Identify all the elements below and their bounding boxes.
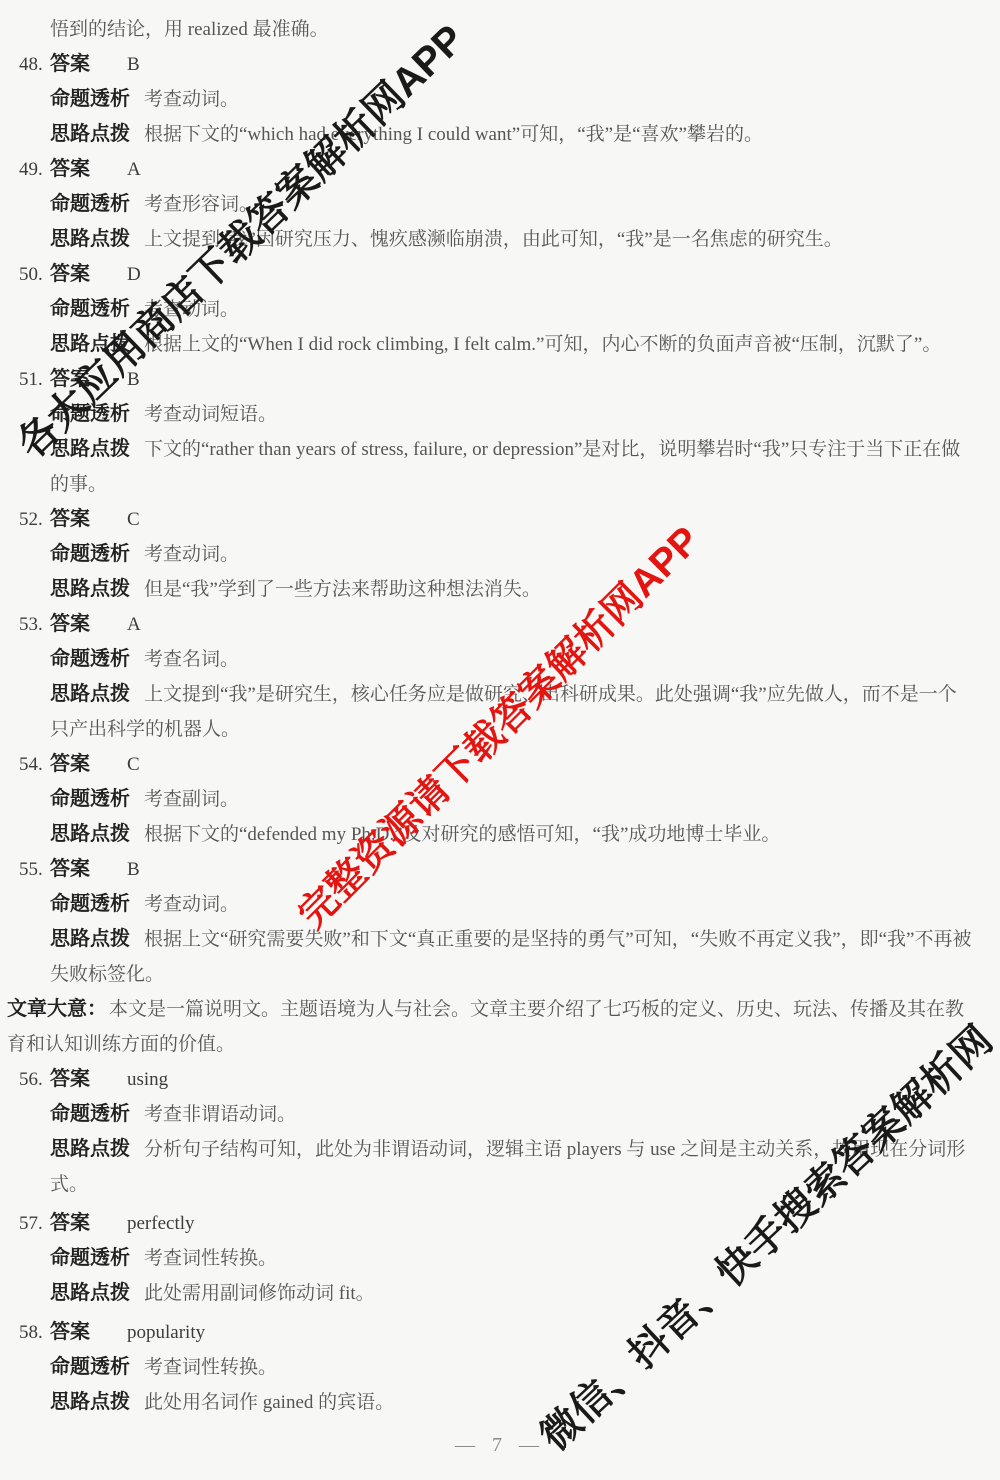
- question-number: 52.: [19, 502, 43, 537]
- question-number: 55.: [19, 852, 43, 887]
- analysis-line: 命题透析考查动词。: [50, 292, 972, 327]
- question-number: 53.: [19, 607, 43, 642]
- guidance-text: 根据上文的“When I did rock climbing, I felt c…: [144, 334, 941, 355]
- guidance-label: 思路点拨: [50, 578, 130, 600]
- guidance-text: 此处用名词作 gained 的宾语。: [144, 1392, 394, 1413]
- guidance-line: 思路点拨下文的“rather than years of stress, fai…: [50, 432, 972, 502]
- guidance-label: 思路点拨: [50, 333, 130, 355]
- guidance-label: 思路点拨: [50, 683, 130, 705]
- guidance-line: 思路点拨根据上文的“When I did rock climbing, I fe…: [50, 327, 972, 362]
- analysis-line: 命题透析考查词性转换。: [50, 1350, 972, 1385]
- analysis-label: 命题透析: [50, 1247, 130, 1269]
- question-block-50: 50.答案D 命题透析考查动词。 思路点拨根据上文的“When I did ro…: [0, 257, 1000, 362]
- answer-label: 答案: [50, 158, 90, 180]
- analysis-text: 考查动词。: [144, 544, 239, 565]
- answer-line: 56.答案using: [50, 1062, 972, 1097]
- analysis-label: 命题透析: [50, 193, 130, 215]
- question-block-58: 58.答案popularity 命题透析考查词性转换。 思路点拨此处用名词作 g…: [0, 1315, 1000, 1420]
- analysis-line: 命题透析考查动词。: [50, 82, 972, 117]
- answer-line: 48.答案B: [50, 47, 972, 82]
- analysis-label: 命题透析: [50, 893, 130, 915]
- question-block-55: 55.答案B 命题透析考查动词。 思路点拨根据上文“研究需要失败”和下文“真正重…: [0, 852, 1000, 992]
- guidance-line: 思路点拨分析句子结构可知，此处为非谓语动词，逻辑主语 players 与 use…: [50, 1132, 972, 1202]
- guidance-label: 思路点拨: [50, 1138, 130, 1160]
- question-number: 48.: [19, 47, 43, 82]
- analysis-text: 考查非谓语动词。: [144, 1104, 296, 1125]
- answer-label: 答案: [50, 368, 90, 390]
- analysis-label: 命题透析: [50, 403, 130, 425]
- analysis-text: 考查副词。: [144, 789, 239, 810]
- answer-explanations: 悟到的结论，用 realized 最准确。 48.答案B 命题透析考查动词。 思…: [0, 0, 1000, 1420]
- analysis-line: 命题透析考查动词短语。: [50, 397, 972, 432]
- question-number: 56.: [19, 1062, 43, 1097]
- question-block-56: 56.答案using 命题透析考查非谓语动词。 思路点拨分析句子结构可知，此处为…: [0, 1062, 1000, 1202]
- analysis-line: 命题透析考查形容词。: [50, 187, 972, 222]
- answer-label: 答案: [50, 1321, 90, 1343]
- analysis-text: 考查形容词。: [144, 194, 258, 215]
- answer-label: 答案: [50, 1068, 90, 1090]
- analysis-line: 命题透析考查名词。: [50, 642, 972, 677]
- answer-value: C: [127, 509, 140, 530]
- analysis-line: 命题透析考查动词。: [50, 887, 972, 922]
- answer-label: 答案: [50, 53, 90, 75]
- question-number: 51.: [19, 362, 43, 397]
- analysis-line: 命题透析考查非谓语动词。: [50, 1097, 972, 1132]
- guidance-line: 思路点拨但是“我”学到了一些方法来帮助这种想法消失。: [50, 572, 972, 607]
- guidance-line: 思路点拨此处用名词作 gained 的宾语。: [50, 1385, 972, 1420]
- answer-value: A: [127, 159, 141, 180]
- guidance-label: 思路点拨: [50, 823, 130, 845]
- answer-label: 答案: [50, 508, 90, 530]
- question-number: 58.: [19, 1315, 43, 1350]
- scanned-answer-sheet-page: 悟到的结论，用 realized 最准确。 48.答案B 命题透析考查动词。 思…: [0, 0, 1000, 1480]
- question-block-49: 49.答案A 命题透析考查形容词。 思路点拨上文提到“我”因研究压力、愧疚感濒临…: [0, 152, 1000, 257]
- passage-summary: 文章大意：本文是一篇说明文。主题语境为人与社会。文章主要介绍了七巧板的定义、历史…: [7, 992, 972, 1062]
- answer-value: D: [127, 264, 141, 285]
- guidance-text: 但是“我”学到了一些方法来帮助这种想法消失。: [144, 579, 541, 600]
- analysis-text: 考查动词。: [144, 89, 239, 110]
- guidance-line: 思路点拨此处需用副词修饰动词 fit。: [50, 1276, 972, 1311]
- analysis-label: 命题透析: [50, 788, 130, 810]
- analysis-text: 考查动词。: [144, 299, 239, 320]
- answer-label: 答案: [50, 1212, 90, 1234]
- intro-continuation-line: 悟到的结论，用 realized 最准确。: [50, 12, 972, 47]
- answer-line: 55.答案B: [50, 852, 972, 887]
- question-block-57: 57.答案perfectly 命题透析考查词性转换。 思路点拨此处需用副词修饰动…: [0, 1206, 1000, 1311]
- guidance-text: 下文的“rather than years of stress, failure…: [50, 439, 960, 495]
- guidance-label: 思路点拨: [50, 928, 130, 950]
- intro-text: 悟到的结论，用 realized 最准确。: [50, 19, 329, 40]
- answer-value: perfectly: [127, 1213, 195, 1234]
- answer-value: A: [127, 614, 141, 635]
- guidance-label: 思路点拨: [50, 228, 130, 250]
- question-block-48: 48.答案B 命题透析考查动词。 思路点拨根据下文的“which had eve…: [0, 47, 1000, 152]
- analysis-text: 考查名词。: [144, 649, 239, 670]
- analysis-text: 考查动词短语。: [144, 404, 277, 425]
- answer-line: 54.答案C: [50, 747, 972, 782]
- answer-line: 58.答案popularity: [50, 1315, 972, 1350]
- analysis-label: 命题透析: [50, 648, 130, 670]
- guidance-label: 思路点拨: [50, 123, 130, 145]
- analysis-line: 命题透析考查词性转换。: [50, 1241, 972, 1276]
- question-number: 50.: [19, 257, 43, 292]
- answer-line: 52.答案C: [50, 502, 972, 537]
- guidance-text: 根据下文的“which had everything I could want”…: [144, 124, 763, 145]
- answer-value: using: [127, 1069, 168, 1090]
- question-number: 54.: [19, 747, 43, 782]
- question-block-52: 52.答案C 命题透析考查动词。 思路点拨但是“我”学到了一些方法来帮助这种想法…: [0, 502, 1000, 607]
- guidance-line: 思路点拨根据下文的“defended my Ph.D.”及对研究的感悟可知，“我…: [50, 817, 972, 852]
- summary-text: 本文是一篇说明文。主题语境为人与社会。文章主要介绍了七巧板的定义、历史、玩法、传…: [7, 999, 964, 1055]
- page-number: — 7 —: [0, 1434, 1000, 1457]
- question-number: 57.: [19, 1206, 43, 1241]
- guidance-text: 根据下文的“defended my Ph.D.”及对研究的感悟可知，“我”成功地…: [144, 824, 780, 845]
- answer-label: 答案: [50, 858, 90, 880]
- guidance-line: 思路点拨上文提到“我”因研究压力、愧疚感濒临崩溃，由此可知，“我”是一名焦虑的研…: [50, 222, 972, 257]
- analysis-label: 命题透析: [50, 1356, 130, 1378]
- answer-line: 49.答案A: [50, 152, 972, 187]
- guidance-text: 根据上文“研究需要失败”和下文“真正重要的是坚持的勇气”可知，“失败不再定义我”…: [50, 929, 971, 985]
- question-block-51: 51.答案B 命题透析考查动词短语。 思路点拨下文的“rather than y…: [0, 362, 1000, 502]
- answer-label: 答案: [50, 613, 90, 635]
- question-block-53: 53.答案A 命题透析考查名词。 思路点拨上文提到“我”是研究生，核心任务应是做…: [0, 607, 1000, 747]
- analysis-line: 命题透析考查动词。: [50, 537, 972, 572]
- analysis-label: 命题透析: [50, 543, 130, 565]
- analysis-text: 考查词性转换。: [144, 1248, 277, 1269]
- answer-label: 答案: [50, 753, 90, 775]
- guidance-label: 思路点拨: [50, 1282, 130, 1304]
- guidance-label: 思路点拨: [50, 1391, 130, 1413]
- guidance-text: 分析句子结构可知，此处为非谓语动词，逻辑主语 players 与 use 之间是…: [50, 1139, 965, 1195]
- analysis-label: 命题透析: [50, 88, 130, 110]
- answer-line: 51.答案B: [50, 362, 972, 397]
- analysis-text: 考查动词。: [144, 894, 239, 915]
- question-block-54: 54.答案C 命题透析考查副词。 思路点拨根据下文的“defended my P…: [0, 747, 1000, 852]
- answer-line: 53.答案A: [50, 607, 972, 642]
- analysis-line: 命题透析考查副词。: [50, 782, 972, 817]
- guidance-text: 上文提到“我”因研究压力、愧疚感濒临崩溃，由此可知，“我”是一名焦虑的研究生。: [144, 229, 843, 250]
- guidance-line: 思路点拨根据下文的“which had everything I could w…: [50, 117, 972, 152]
- analysis-label: 命题透析: [50, 298, 130, 320]
- answer-value: C: [127, 754, 140, 775]
- answer-value: B: [127, 54, 140, 75]
- analysis-text: 考查词性转换。: [144, 1357, 277, 1378]
- guidance-line: 思路点拨根据上文“研究需要失败”和下文“真正重要的是坚持的勇气”可知，“失败不再…: [50, 922, 972, 992]
- answer-value: B: [127, 369, 140, 390]
- answer-value: B: [127, 859, 140, 880]
- guidance-text: 此处需用副词修饰动词 fit。: [144, 1283, 375, 1304]
- analysis-label: 命题透析: [50, 1103, 130, 1125]
- guidance-label: 思路点拨: [50, 438, 130, 460]
- guidance-line: 思路点拨上文提到“我”是研究生，核心任务应是做研究、出科研成果。此处强调“我”应…: [50, 677, 972, 747]
- summary-label: 文章大意：: [7, 998, 107, 1020]
- answer-line: 57.答案perfectly: [50, 1206, 972, 1241]
- answer-label: 答案: [50, 263, 90, 285]
- question-number: 49.: [19, 152, 43, 187]
- answer-line: 50.答案D: [50, 257, 972, 292]
- guidance-text: 上文提到“我”是研究生，核心任务应是做研究、出科研成果。此处强调“我”应先做人，…: [50, 684, 957, 740]
- answer-value: popularity: [127, 1322, 205, 1343]
